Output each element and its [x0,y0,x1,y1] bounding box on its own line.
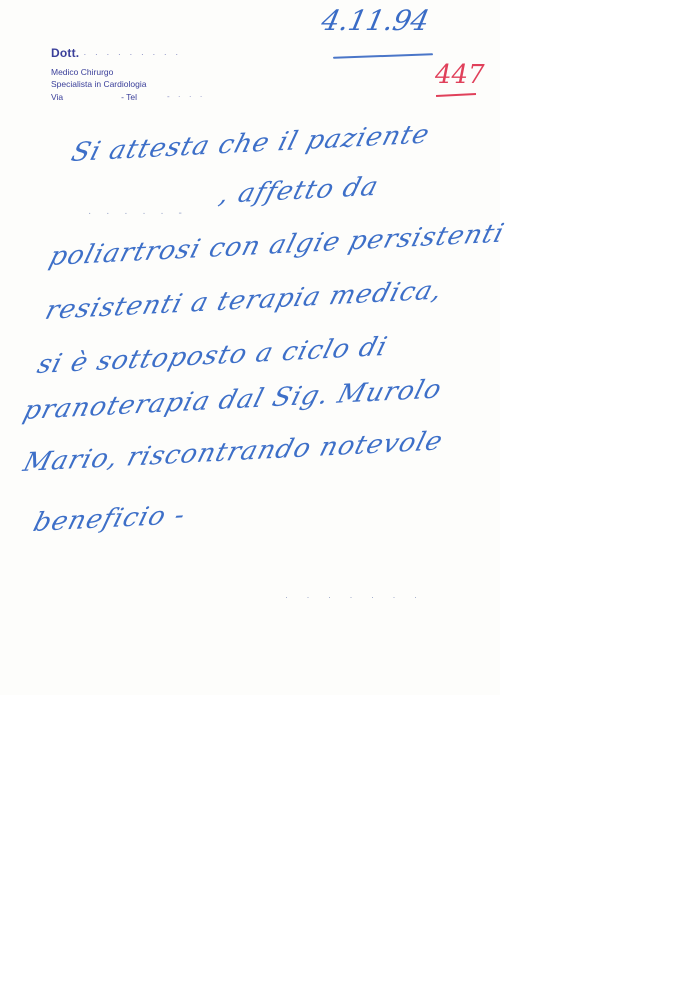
doctor-name: Dott.· · · · · · · · · [51,46,205,60]
letterhead: Dott.· · · · · · · · · Medico Chirurgo S… [51,46,205,102]
body-line-8: beneficio - [30,500,189,538]
specialty-line-2: Specialista in Cardiologia [51,79,205,90]
handwritten-date: 4.11.94 [318,4,432,37]
doctor-title: Dott. [51,46,79,60]
body-line-1: Si attesta che il paziente [68,120,433,168]
redacted-patient-name: · · · · · - [88,208,188,219]
redacted-name: · · · · · · · · · [83,49,181,59]
date-underline [333,53,433,58]
body-line-4: resistenti a terapia medica, [42,276,446,326]
reference-number: 447 [435,60,485,90]
body-line-5: si è sottoposto a ciclo di [34,332,391,380]
reference-underline [436,93,476,97]
body-line-3: poliartrosi con algie persistenti [46,219,508,272]
redacted-signature: · · · · · · · [285,592,425,602]
body-line-2: , affetto da [216,172,382,210]
phone-label: - Tel [121,92,137,102]
scanned-letter-page: Dott.· · · · · · · · · Medico Chirurgo S… [0,0,500,695]
body-line-7: Mario, riscontrando notevole [20,426,447,478]
redacted-phone: - · · · [167,92,205,102]
specialty-line-1: Medico Chirurgo [51,67,205,78]
body-line-6: pranoterapia dal Sig. Murolo [20,375,445,426]
address-line: Via - Tel - · · · [51,92,205,102]
address-label: Via [51,92,63,102]
